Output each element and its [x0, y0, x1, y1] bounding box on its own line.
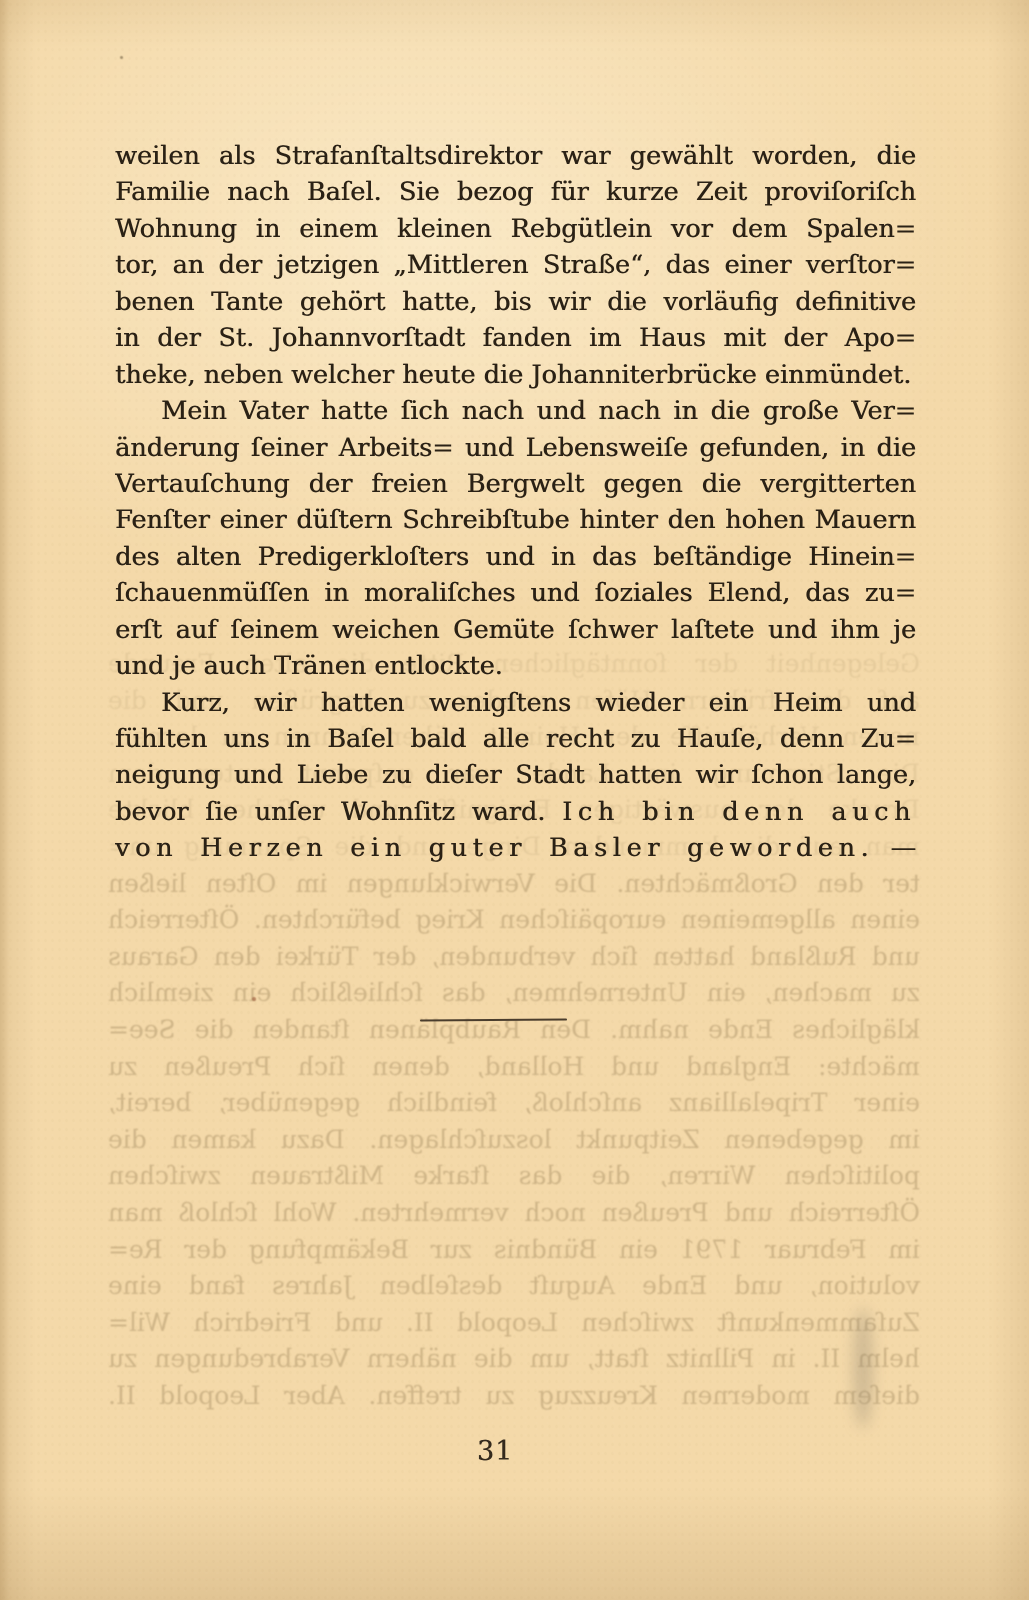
text-line: und je auch Tränen entlockte. [115, 648, 916, 684]
page-number: 31 [115, 1436, 875, 1467]
text-line: Mein Vater hatte ſich nach und nach in d… [115, 393, 916, 429]
bleed-line: mächte: England und Holland, denen ſich … [108, 1049, 920, 1086]
ink-speck [630, 305, 633, 308]
em-dash: — [891, 833, 917, 863]
bleed-line: einer Tripelallianz anſchloß, feindlich … [108, 1085, 920, 1122]
text-line: Vertauſchung der freien Bergwelt gegen d… [115, 466, 916, 502]
paper-smudge [853, 1308, 873, 1428]
main-text-block: weilen als Strafanſtaltsdirektor war gew… [115, 138, 916, 867]
bleed-line: politiſchen Wirren, die das ſtarke Mißtr… [108, 1158, 920, 1195]
text-line: Wohnung in einem kleinen Rebgütlein vor … [115, 211, 916, 247]
text-line: Kurz, wir hatten wenigſtens wieder ein H… [115, 685, 916, 721]
paragraph: Kurz, wir hatten wenigſtens wieder ein H… [115, 685, 916, 867]
bleed-line: Öſterreich und Preußen noch vermehrten. … [108, 1195, 920, 1232]
bleed-line: im gegebenen Zeitpunkt loszuſchlagen. Da… [108, 1122, 920, 1159]
ink-speck [120, 56, 123, 59]
bleed-line: im Februar 1791 ein Bündnis zur Bekämpfu… [108, 1232, 920, 1269]
text-line: theke, neben welcher heute die Johannite… [115, 357, 916, 393]
text-line: in der St. Johannvorſtadt fanden im Haus… [115, 320, 916, 356]
text-line: Familie nach Baſel. Sie bezog für kurze … [115, 174, 916, 210]
bleed-line: einen allgemeinen europäiſchen Krieg bef… [108, 902, 920, 939]
paragraph: Mein Vater hatte ſich nach und nach in d… [115, 393, 916, 685]
text-segment: bevor ſie unſer Wohnſitz ward. [115, 797, 545, 827]
text-line: tor, an der jetzigen „Mittleren Straße“,… [115, 247, 916, 283]
text-line: benen Tante gehört hatte, bis wir die vo… [115, 284, 916, 320]
bleed-line: helm II. in Pillnitz ſtatt, um die näher… [108, 1341, 920, 1378]
scanned-book-page: Gelegenheit der ſonntäglichen Ritte die … [0, 0, 1029, 1600]
text-line: änderung ſeiner Arbeits= und Lebensweiſe… [115, 430, 916, 466]
paragraph: weilen als Strafanſtaltsdirektor war gew… [115, 138, 916, 393]
bleed-line: und Rußland hatten ſich verbunden, der T… [108, 939, 920, 976]
text-line: weilen als Strafanſtaltsdirektor war gew… [115, 138, 916, 174]
emphasized-text: von Herzen ein guter Basler geworden. [115, 833, 874, 863]
text-line: neigung und Liebe zu dieſer Stadt hatten… [115, 757, 916, 793]
bleed-line: dieſem modernen Kreuzzug zu treffen. Abe… [108, 1378, 920, 1415]
text-line: erſt auf ſeinem weichen Gemüte ſchwer la… [115, 612, 916, 648]
bleed-line: Zuſammenkunft zwiſchen Leopold II. und F… [108, 1305, 920, 1342]
text-line: von Herzen ein guter Basler geworden. — [115, 830, 916, 866]
bleed-line: klägliches Ende nahm. Den Raubplänen ſta… [108, 1012, 920, 1049]
text-line: ſchauenmüſſen in moraliſches und ſoziale… [115, 575, 916, 611]
bleed-line: volution, und Ende Auguſt desſelben Jahr… [108, 1268, 920, 1305]
bleed-line: zu machen, ein Unternehmen, das ſchließl… [108, 975, 920, 1012]
text-line: des alten Predigerkloſters und in das be… [115, 539, 916, 575]
text-line: fühlten uns in Baſel bald alle recht zu … [115, 721, 916, 757]
ink-speck [252, 997, 256, 1001]
text-line: bevor ſie unſer Wohnſitz ward. Ich bin d… [115, 794, 916, 830]
emphasized-text: Ich bin denn auch [562, 797, 916, 827]
text-line: Fenſter einer düſtern Schreibſtube hinte… [115, 502, 916, 538]
bleed-line: ter den Großmächten. Die Verwicklungen i… [108, 866, 920, 903]
